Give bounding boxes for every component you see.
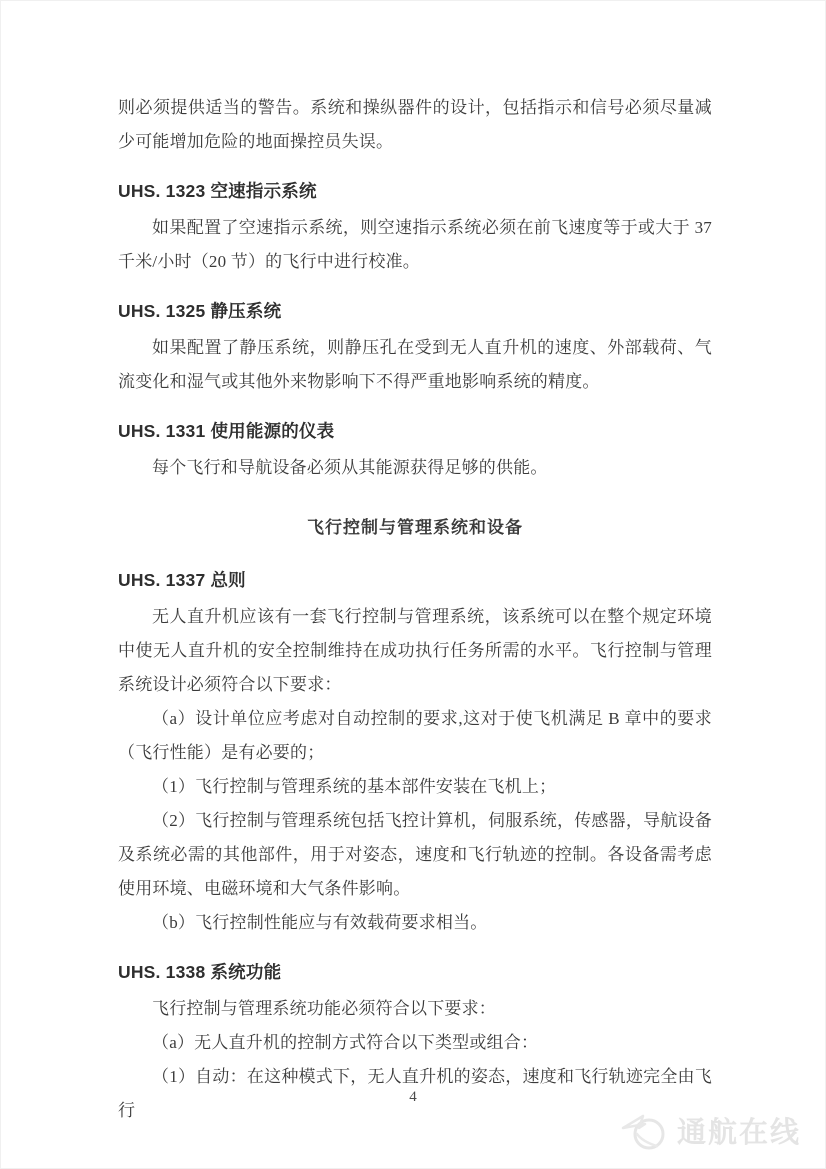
body-paragraph: 如果配置了静压系统，则静压孔在受到无人直升机的速度、外部载荷、气流变化和湿气或其… <box>118 331 712 399</box>
section-heading: UHS. 1323 空速指示系统 <box>118 174 712 208</box>
body-paragraph: （a）设计单位应考虑对自动控制的要求,这对于使飞机满足 B 章中的要求（飞行性能… <box>118 702 712 770</box>
section-heading: UHS. 1338 系统功能 <box>118 955 712 989</box>
globe-plane-icon <box>619 1108 671 1152</box>
body-paragraph: 如果配置了空速指示系统，则空速指示系统必须在前飞速度等于或大于 37 千米/小时… <box>118 211 712 279</box>
section-heading: UHS. 1331 使用能源的仪表 <box>118 414 712 448</box>
body-paragraph: 飞行控制与管理系统功能必须符合以下要求： <box>118 992 712 1026</box>
document-page: 则必须提供适当的警告。系统和操纵器件的设计，包括指示和信号必须尽量减少可能增加危… <box>0 0 826 1169</box>
page-number: 4 <box>1 1089 825 1106</box>
watermark: 通航在线 <box>619 1108 801 1152</box>
body-paragraph: 无人直升机应该有一套飞行控制与管理系统，该系统可以在整个规定环境中使无人直升机的… <box>118 600 712 702</box>
body-paragraph: （b）飞行控制性能应与有效载荷要求相当。 <box>118 906 712 940</box>
body-paragraph: （a）无人直升机的控制方式符合以下类型或组合： <box>118 1026 712 1060</box>
section-heading: UHS. 1337 总则 <box>118 563 712 597</box>
watermark-text: 通航在线 <box>677 1110 801 1151</box>
body-paragraph: （2）飞行控制与管理系统包括飞控计算机，伺服系统，传感器，导航设备及系统必需的其… <box>118 804 712 906</box>
body-paragraph: 每个飞行和导航设备必须从其能源获得足够的供能。 <box>118 451 712 485</box>
document-body: 则必须提供适当的警告。系统和操纵器件的设计，包括指示和信号必须尽量减少可能增加危… <box>118 91 712 1128</box>
body-paragraph: 则必须提供适当的警告。系统和操纵器件的设计，包括指示和信号必须尽量减少可能增加危… <box>118 91 712 159</box>
center-subtitle: 飞行控制与管理系统和设备 <box>118 511 712 545</box>
section-heading: UHS. 1325 静压系统 <box>118 294 712 328</box>
body-paragraph: （1）飞行控制与管理系统的基本部件安装在飞机上； <box>118 770 712 804</box>
